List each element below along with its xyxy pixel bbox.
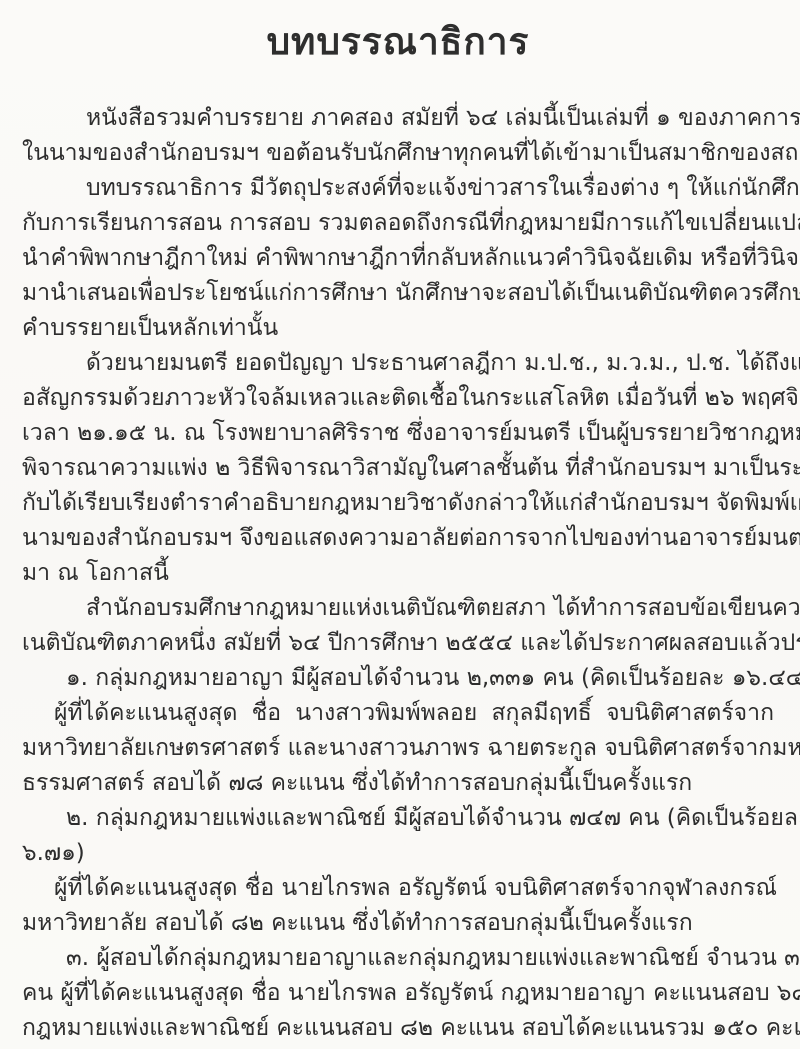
text-line: บทบรรณาธิการ มีวัตถุประสงค์ที่จะแจ้งข่าว… <box>22 171 774 206</box>
text-line: พิจารณาความแพ่ง ๒ วิธีพิจารณาวิสามัญในศา… <box>22 451 774 486</box>
text-line: สำนักอบรมศึกษากฎหมายแห่งเนติบัณฑิตยสภา ไ… <box>22 591 774 626</box>
text-line: อสัญกรรมด้วยภาวะหัวใจล้มเหลวและติดเชื้อใ… <box>22 381 774 416</box>
text-line: นามของสำนักอบรมฯ จึงขอแสดงความอาลัยต่อกา… <box>22 521 774 556</box>
text-line: เวลา ๒๑.๑๕ น. ณ โรงพยาบาลศิริราช ซึ่งอาจ… <box>22 416 774 451</box>
text-line: ๓. ผู้สอบได้กลุ่มกฎหมายอาญาและกลุ่มกฎหมา… <box>22 941 774 976</box>
paragraph: ๑. กลุ่มกฎหมายอาญา มีผู้สอบได้จำนวน ๒,๓๓… <box>22 661 774 696</box>
paragraph: ผู้ที่ได้คะแนนสูงสุด ชื่อ นางสาวพิมพ์พลอ… <box>22 696 774 801</box>
text-line: ด้วยนายมนตรี ยอดปัญญา ประธานศาลฎีกา ม.ป.… <box>22 346 774 381</box>
paragraph: หนังสือรวมคำบรรยาย ภาคสอง สมัยที่ ๖๔ เล่… <box>22 101 774 171</box>
paragraph: ๓. ผู้สอบได้กลุ่มกฎหมายอาญาและกลุ่มกฎหมา… <box>22 941 774 1046</box>
text-line: ผู้ที่ได้คะแนนสูงสุด ชื่อ นางสาวพิมพ์พลอ… <box>22 696 774 731</box>
text-line: นำคำพิพากษาฎีกาใหม่ คำพิพากษาฎีกาที่กลับ… <box>22 241 774 276</box>
document-body: หนังสือรวมคำบรรยาย ภาคสอง สมัยที่ ๖๔ เล่… <box>22 101 774 1046</box>
paragraph: ด้วยนายมนตรี ยอดปัญญา ประธานศาลฎีกา ม.ป.… <box>22 346 774 591</box>
text-line: ๖.๗๑) <box>22 836 774 871</box>
text-line: หนังสือรวมคำบรรยาย ภาคสอง สมัยที่ ๖๔ เล่… <box>22 101 774 136</box>
text-line: มานำเสนอเพื่อประโยชน์แก่การศึกษา นักศึกษ… <box>22 276 774 311</box>
text-line: มหาวิทยาลัย สอบได้ ๘๒ คะแนน ซึ่งได้ทำการ… <box>22 906 774 941</box>
text-line: มา ณ โอกาสนี้ <box>22 556 774 591</box>
text-line: กับได้เรียบเรียงตำราคำอธิบายกฎหมายวิชาดั… <box>22 486 774 521</box>
document-page: บทบรรณาธิการ หนังสือรวมคำบรรยาย ภาคสอง ส… <box>0 0 800 1049</box>
text-line: คำบรรยายเป็นหลักเท่านั้น <box>22 311 774 346</box>
text-line: ๑. กลุ่มกฎหมายอาญา มีผู้สอบได้จำนวน ๒,๓๓… <box>22 661 774 696</box>
text-line: คน ผู้ที่ได้คะแนนสูงสุด ชื่อ นายไกรพล อร… <box>22 976 774 1011</box>
paragraph: สำนักอบรมศึกษากฎหมายแห่งเนติบัณฑิตยสภา ไ… <box>22 591 774 661</box>
text-line: ๒. กลุ่มกฎหมายแพ่งและพาณิชย์ มีผู้สอบได้… <box>22 801 774 836</box>
text-line: ในนามของสำนักอบรมฯ ขอต้อนรับนักศึกษาทุกค… <box>22 136 774 171</box>
text-line: กฎหมายแพ่งและพาณิชย์ คะแนนสอบ ๘๒ คะแนน ส… <box>22 1011 774 1046</box>
text-line: ผู้ที่ได้คะแนนสูงสุด ชื่อ นายไกรพล อรัญร… <box>22 871 774 906</box>
paragraph: บทบรรณาธิการ มีวัตถุประสงค์ที่จะแจ้งข่าว… <box>22 171 774 346</box>
text-line: ธรรมศาสตร์ สอบได้ ๗๘ คะแนน ซึ่งได้ทำการส… <box>22 766 774 801</box>
text-line: มหาวิทยาลัยเกษตรศาสตร์ และนางสาวนภาพร ฉา… <box>22 731 774 766</box>
page-title: บทบรรณาธิการ <box>22 16 774 68</box>
paragraph: ผู้ที่ได้คะแนนสูงสุด ชื่อ นายไกรพล อรัญร… <box>22 871 774 941</box>
paragraph: ๒. กลุ่มกฎหมายแพ่งและพาณิชย์ มีผู้สอบได้… <box>22 801 774 871</box>
text-line: เนติบัณฑิตภาคหนึ่ง สมัยที่ ๖๔ ปีการศึกษา… <box>22 626 774 661</box>
text-line: กับการเรียนการสอน การสอบ รวมตลอดถึงกรณีท… <box>22 206 774 241</box>
